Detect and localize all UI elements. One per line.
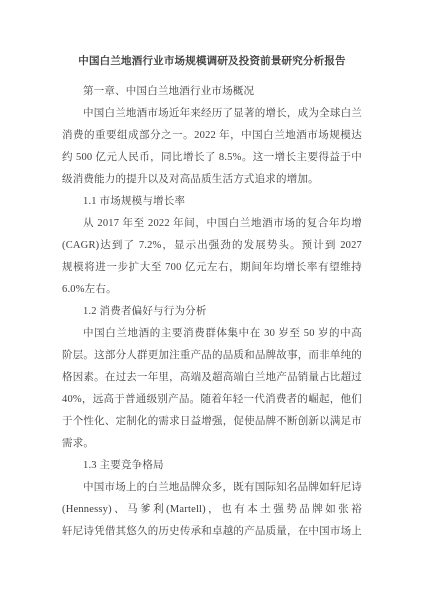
text-line: 6.0%左右。 [62, 279, 362, 301]
text-line: 从 2017 年至 2022 年间，中国白兰地酒市场的复合年均增长率 [62, 213, 362, 235]
section-heading: 1.2 消费者偏好与行为分析 [62, 301, 362, 323]
text-line: (Hennessy)、马爹利(Martell)，也有本土强势品牌如张裕(Chan… [62, 499, 362, 521]
section-heading: 第一章、中国白兰地酒行业市场概况 [62, 81, 362, 103]
text-line: (CAGR)达到了 7.2%，显示出强劲的发展势头。预计到 2027 年，市场 [62, 235, 362, 257]
text-line: 40%，远高于普通级别产品。随着年轻一代消费者的崛起，他们对 [62, 389, 362, 411]
text-line: 消费的重要组成部分之一。2022 年，中国白兰地酒市场规模达到了 [62, 125, 362, 147]
text-line: 轩尼诗凭借其悠久的历史传承和卓越的产品质量，在中国市场上占 [62, 521, 362, 543]
text-line: 级消费能力的提升以及对高品质生活方式追求的增加。 [62, 169, 362, 191]
text-line: 中国白兰地酒的主要消费群体集中在 30 岁至 50 岁的中高收入 [62, 323, 362, 345]
text-line: 阶层。这部分人群更加注重产品的品质和品牌故事，而非单纯的价 [62, 345, 362, 367]
text-line: 约 500 亿元人民币，同比增长了 8.5%。这一增长主要得益于中产阶 [62, 147, 362, 169]
section-heading: 1.1 市场规模与增长率 [62, 191, 362, 213]
text-line: 中国市场上的白兰地品牌众多，既有国际知名品牌如轩尼诗 [62, 477, 362, 499]
text-line: 格因素。在过去一年里，高端及超高端白兰地产品销量占比超过 [62, 367, 362, 389]
document-page: 中国白兰地酒行业市场规模调研及投资前景研究分析报告 第一章、中国白兰地酒行业市场… [62, 51, 362, 543]
document-title: 中国白兰地酒行业市场规模调研及投资前景研究分析报告 [62, 51, 362, 73]
text-line: 中国白兰地酒市场近年来经历了显著的增长，成为全球白兰地 [62, 103, 362, 125]
text-line: 需求。 [62, 433, 362, 455]
text-line: 规模将进一步扩大至 700 亿元左右，期间年均增长率有望维持在 [62, 257, 362, 279]
section-heading: 1.3 主要竞争格局 [62, 455, 362, 477]
text-line: 于个性化、定制化的需求日益增强，促使品牌不断创新以满足市场 [62, 411, 362, 433]
